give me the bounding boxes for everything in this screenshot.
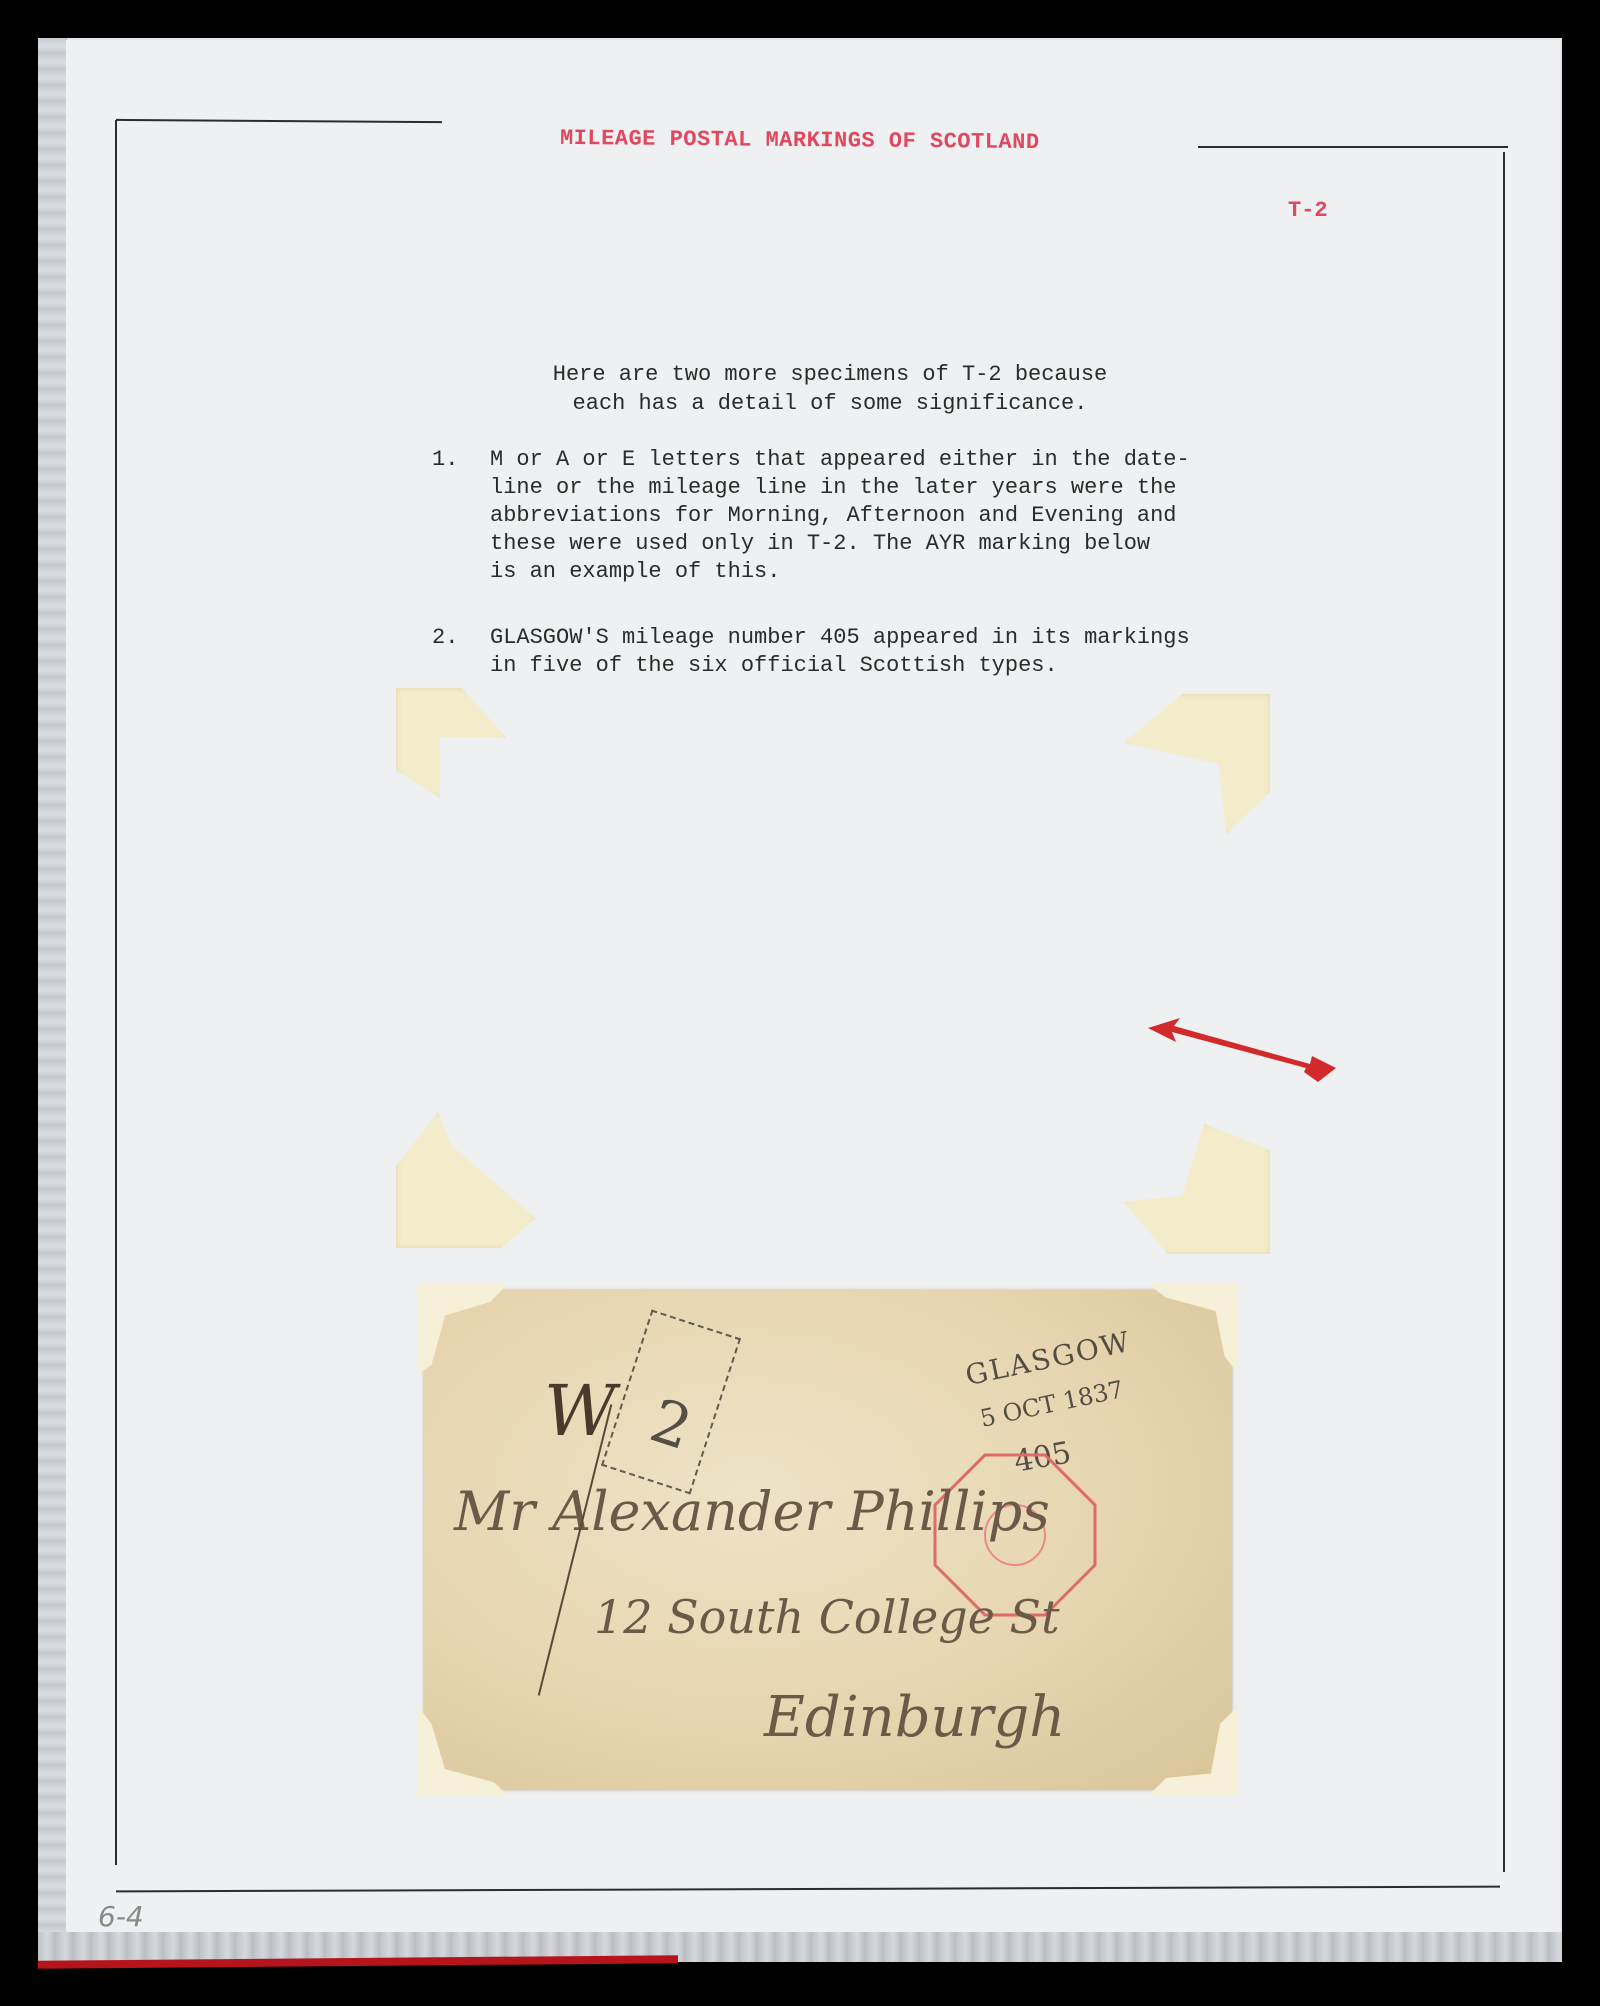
cover-mount-bottom-left (418, 1706, 508, 1796)
frame-left (115, 120, 117, 1865)
address-line-1: Mr Alexander Phillips (454, 1480, 1050, 1543)
postal-cover: 2 W GLASGOW 5 OCT 1837 405 Mr Alexander … (424, 1290, 1232, 1790)
cover-mount-top-left (418, 1284, 508, 1374)
sleeve-bottom-strip (38, 1932, 1562, 1962)
note-text: M or A or E letters that appeared either… (490, 446, 1310, 586)
note-text: GLASGOW'S mileage number 405 appeared in… (490, 624, 1310, 680)
intro-text: Here are two more specimens of T-2 becau… (470, 360, 1190, 418)
frame-top-right (1198, 146, 1508, 148)
red-arrow-icon (1140, 1010, 1340, 1090)
postage-mark: W (544, 1370, 616, 1452)
frame-right (1503, 152, 1505, 1872)
note-number: 2. (432, 624, 458, 652)
address-line-3: Edinburgh (764, 1685, 1065, 1750)
note-number: 1. (432, 446, 458, 474)
sleeve-binding-strip (38, 38, 67, 1960)
page-title: MILEAGE POSTAL MARKINGS OF SCOTLAND (560, 126, 1040, 155)
page-code: T-2 (1288, 198, 1328, 223)
cover-mount-bottom-right (1148, 1706, 1238, 1796)
cover-mount-top-right (1148, 1284, 1238, 1374)
address-line-2: 12 South College St (594, 1590, 1060, 1644)
handwritten-page-number: 6-4 (98, 1900, 144, 1933)
